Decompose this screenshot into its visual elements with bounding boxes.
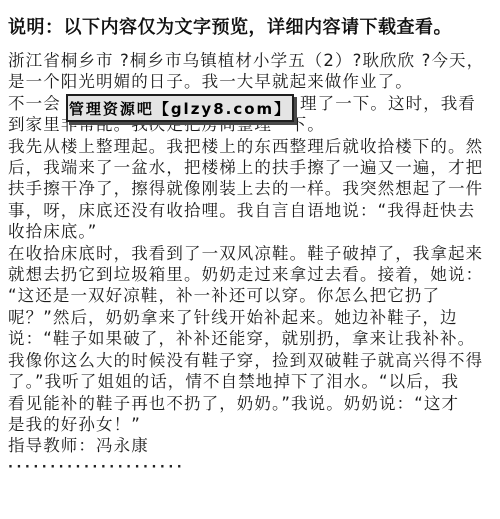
dotted-separator: ····················· <box>8 457 498 478</box>
text-line: 收拾床底。” <box>8 221 498 242</box>
text-line: 浙江省桐乡市 ?桐乡市乌镇植材小学五（2）?耿欣欣 ?今天， <box>8 50 498 71</box>
text-line: 就想去扔它到垃圾箱里。奶奶走过来拿过去看。接着，她说： <box>8 264 498 285</box>
text-line: 呢？”然后，奶奶拿来了针线开始补起来。她边补鞋子，边 <box>8 307 498 328</box>
preview-notice: 说明：以下内容仅为文字预览，详细内容请下载查看。 <box>8 13 452 39</box>
text-line-suffix: 理了一下。这时，我看 <box>300 93 476 114</box>
text-line: “这还是一双好凉鞋，补一补还可以穿。你怎么把它扔了 <box>8 285 498 306</box>
text-line: 后，我端来了一盆水，把楼梯上的扶手擦了一遍又一遍，才把 <box>8 157 498 178</box>
teacher-credit-line: 指导教师：冯永康 <box>8 435 498 456</box>
text-line: 我先从楼上整理起。我把楼上的东西整理后就收拾楼下的。然 <box>8 136 498 157</box>
text-line: 在收拾床底时，我看到了一双风凉鞋。鞋子破掉了，我拿起来 <box>8 243 498 264</box>
preview-page: 说明：以下内容仅为文字预览，详细内容请下载查看。 浙江省桐乡市 ?桐乡市乌镇植材… <box>0 0 500 519</box>
text-line: 说：“鞋子如果破了，补补还能穿，就别扔，拿来让我补补。 <box>8 328 498 349</box>
text-line: 看见能补的鞋子再也不扔了，奶奶。”我说。奶奶说：“这才 <box>8 393 498 414</box>
text-line: 是一个阳光明媚的日子。我一大早就起来做作业了。 <box>8 71 498 92</box>
text-line: 是我的好孙女！” <box>8 414 498 435</box>
watermark-banner[interactable]: 管理资源吧【glzy8.com】 <box>66 94 294 122</box>
text-line: 事，呀，床底还没有收拾哩。我自言自语地说：“我得赶快去 <box>8 200 498 221</box>
text-line: 了。”我听了姐姐的话，情不自禁地掉下了泪水。“以后，我 <box>8 371 498 392</box>
text-line: 扶手擦干净了，擦得就像刚装上去的一样。我突然想起了一件 <box>8 178 498 199</box>
text-line-prefix: 不一会 <box>8 94 61 113</box>
text-line: 我像你这么大的时候没有鞋子穿，捡到双破鞋子就高兴得不得 <box>8 350 498 371</box>
